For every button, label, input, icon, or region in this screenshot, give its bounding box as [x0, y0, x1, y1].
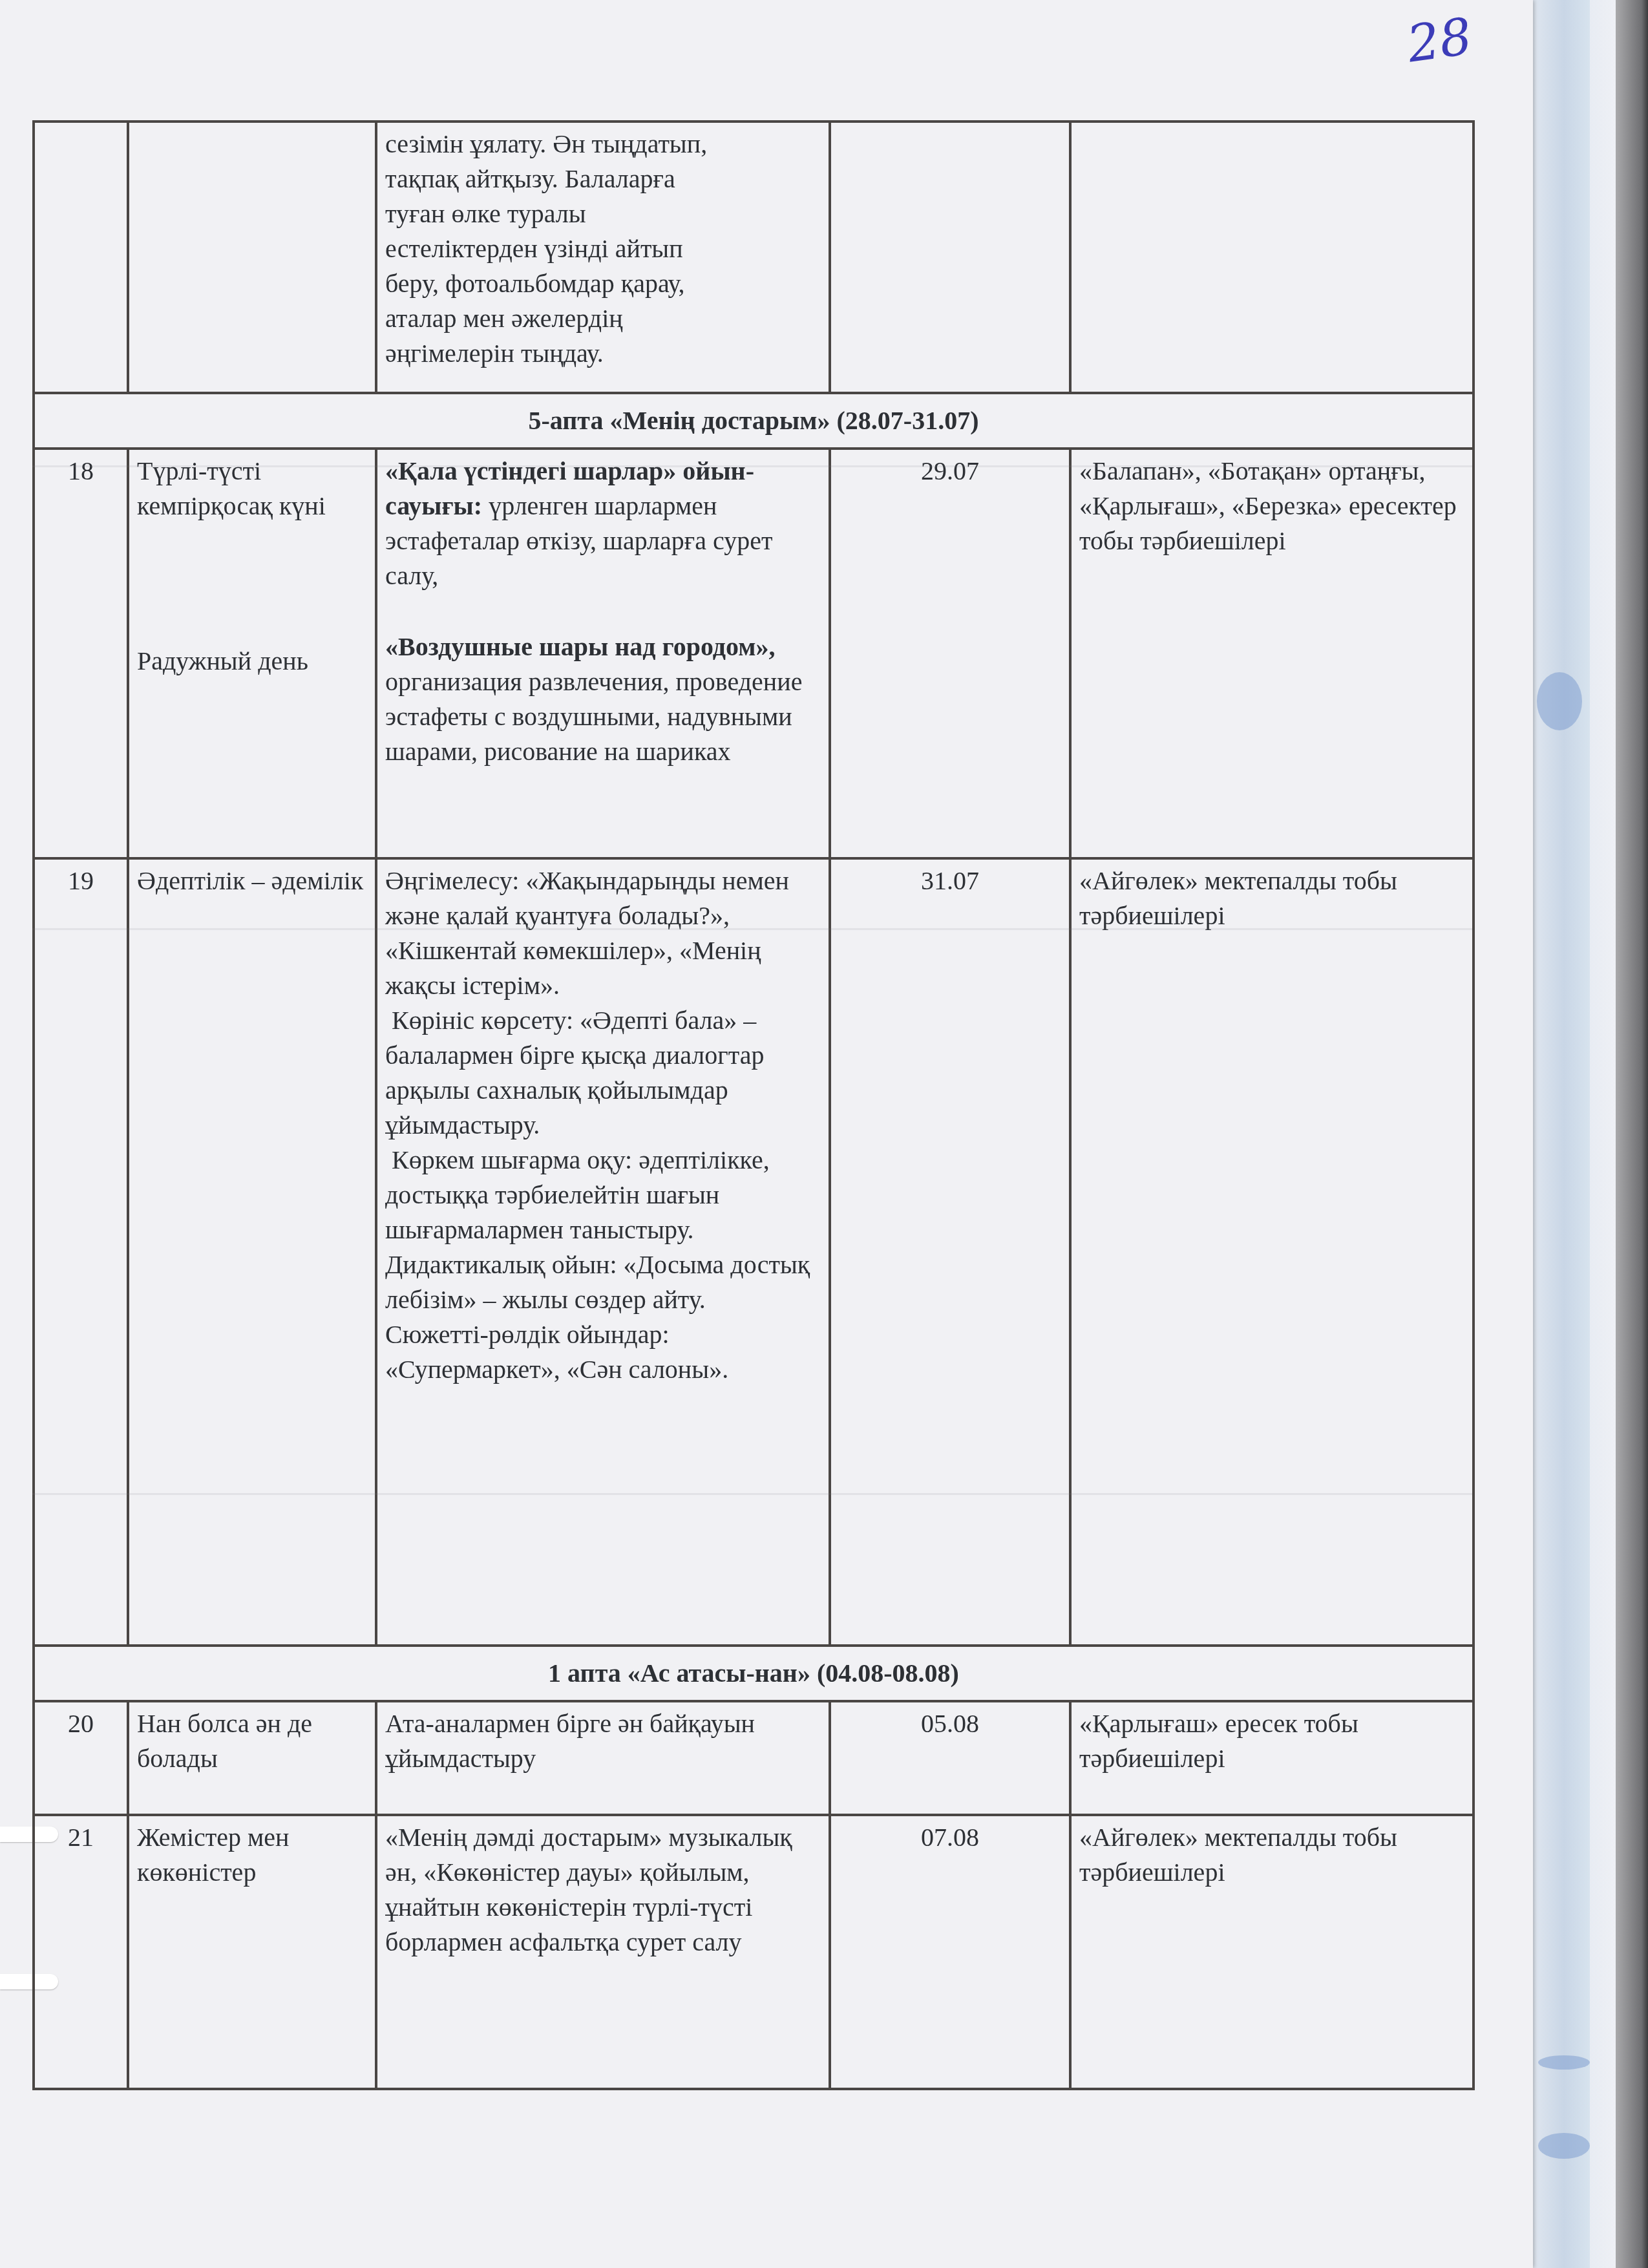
- week-heading: 5-апта «Менің достарым» (28.07-31.07): [34, 393, 1474, 449]
- event-responsible: [1070, 122, 1474, 393]
- row-number: 18: [34, 449, 128, 858]
- description-ru: «Воздушные шары над городом», организаци…: [385, 630, 821, 769]
- event-responsible: «Айгөлек» мектепалды тобы тәрбиешілері: [1070, 1815, 1474, 2089]
- event-description: Әңгімелесу: «Жақындарыңды немен және қал…: [376, 858, 830, 1646]
- event-responsible: «Қарлығаш» ересек тобы тәрбиешілері: [1070, 1701, 1474, 1815]
- show-through-line: [32, 1493, 1472, 1495]
- table-row: 19 Әдептілік – әдемілік Әңгімелесу: «Жақ…: [34, 858, 1474, 1646]
- table-row: 20 Нан болса ән де болады Ата-аналармен …: [34, 1701, 1474, 1815]
- event-date: 07.08: [830, 1815, 1070, 2089]
- event-responsible: «Балапан», «Ботақан» ортаңғы, «Қарлығаш»…: [1070, 449, 1474, 858]
- event-date: [830, 122, 1070, 393]
- show-through-line: [32, 928, 1472, 930]
- table-row: 21 Жемістер мен көкөністер «Менің дәмді …: [34, 1815, 1474, 2089]
- event-title: Түрлі-түсті кемпірқосақ күні Радужный де…: [128, 449, 376, 858]
- document-page: 28 сезімін ұялату. Ән тыңдатып, тақпақ а…: [0, 0, 1533, 2268]
- event-responsible: «Айгөлек» мектепалды тобы тәрбиешілері: [1070, 858, 1474, 1646]
- event-title: [128, 122, 376, 393]
- event-plan-table: сезімін ұялату. Ән тыңдатып, тақпақ айтқ…: [32, 120, 1475, 2090]
- event-description: сезімін ұялату. Ән тыңдатып, тақпақ айтқ…: [376, 122, 830, 393]
- week-title: 5-апта «Менің достарым» (28.07-31.07): [34, 393, 1474, 449]
- event-description: Ата-аналармен бірге ән байқауын ұйымдаст…: [376, 1701, 830, 1815]
- week-title: 1 апта «Ас атасы-нан» (04.08-08.08): [34, 1646, 1474, 1701]
- event-title: Жемістер мен көкөністер: [128, 1815, 376, 2089]
- row-number: 20: [34, 1701, 128, 1815]
- row-number: 21: [34, 1815, 128, 2089]
- binder-decoration: [1538, 2055, 1590, 2070]
- description-kz: «Қала үстіндегі шарлар» ойын-сауығы: үрл…: [385, 456, 772, 590]
- event-date: 29.07: [830, 449, 1070, 858]
- event-title-ru: Радужный день: [137, 644, 367, 679]
- page-number: 28: [1404, 8, 1475, 74]
- table-row: сезімін ұялату. Ән тыңдатып, тақпақ айтқ…: [34, 122, 1474, 393]
- event-date: 05.08: [830, 1701, 1070, 1815]
- table-row: 18 Түрлі-түсті кемпірқосақ күні Радужный…: [34, 449, 1474, 858]
- binder-decoration: [1537, 672, 1582, 730]
- event-description: «Қала үстіндегі шарлар» ойын-сауығы: үрл…: [376, 449, 830, 858]
- binder-decoration: [1538, 2133, 1590, 2159]
- show-through-line: [32, 465, 1472, 467]
- row-number: 19: [34, 858, 128, 1646]
- event-title: Нан болса ән де болады: [128, 1701, 376, 1815]
- event-title: Әдептілік – әдемілік: [128, 858, 376, 1646]
- event-date: 31.07: [830, 858, 1070, 1646]
- event-description: «Менің дәмді достарым» музыкалық ән, «Кө…: [376, 1815, 830, 2089]
- row-number: [34, 122, 128, 393]
- week-heading: 1 апта «Ас атасы-нан» (04.08-08.08): [34, 1646, 1474, 1701]
